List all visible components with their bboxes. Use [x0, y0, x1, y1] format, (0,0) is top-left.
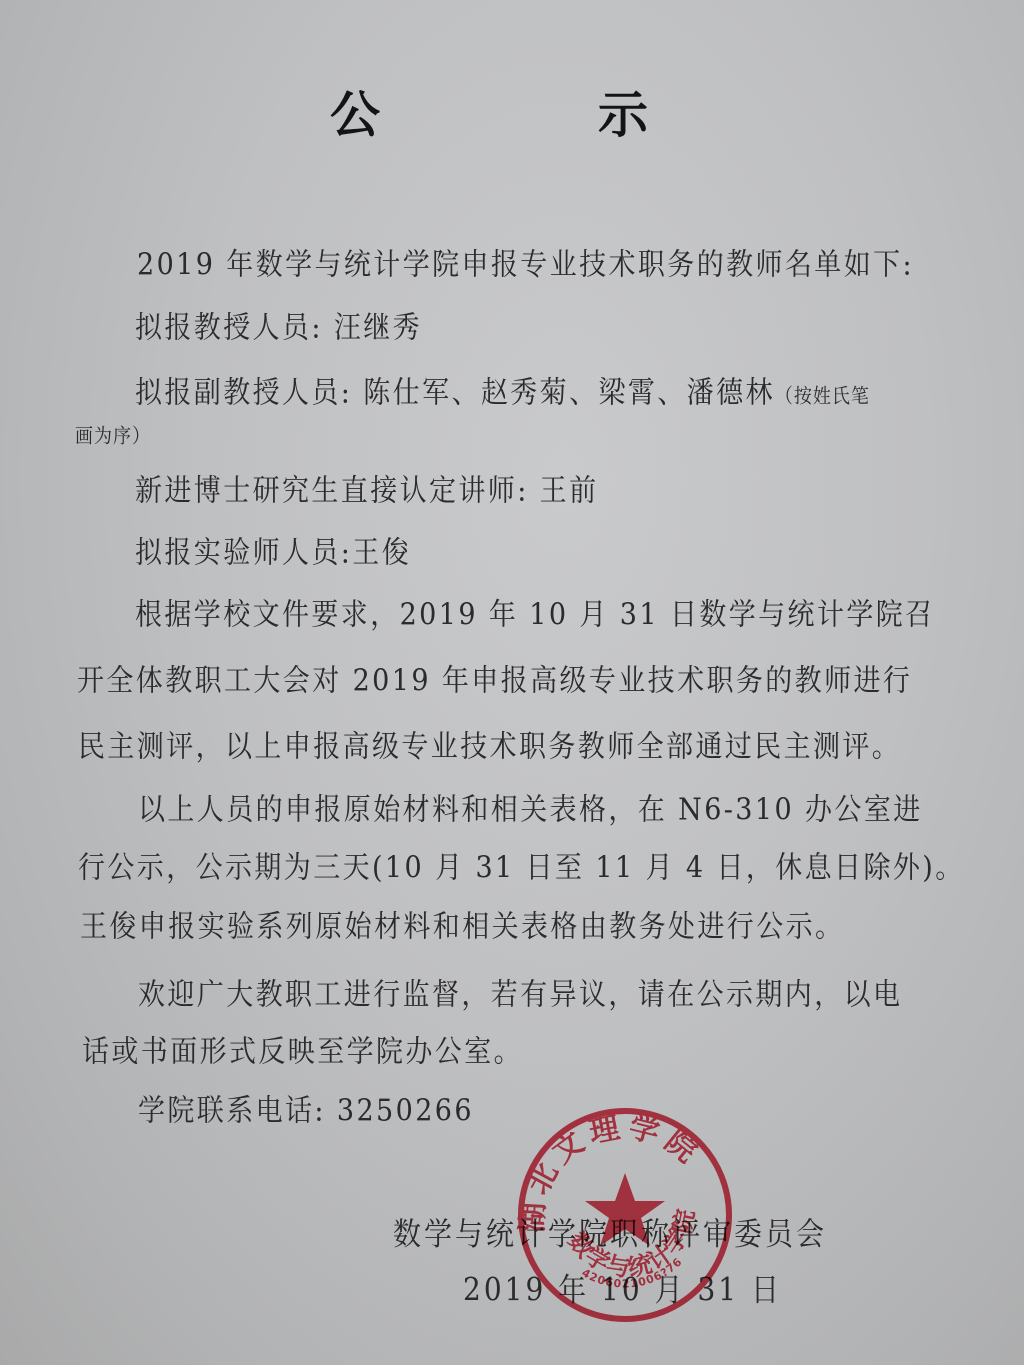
notice-document: 公 示 2019 年数学与统计学院申报专业技术职务的教师名单如下: 拟报教授人员… [0, 0, 1024, 1365]
title-char-2: 示 [598, 75, 648, 147]
ordering-note-continued: 画为序） [75, 420, 151, 449]
paragraph-publicity-line-1: 以上人员的申报原始材料和相关表格，在 N6-310 办公室进 [138, 785, 923, 829]
paragraph-evaluation-line-1: 根据学校文件要求，2019 年 10 月 31 日数学与统计学院召 [135, 590, 935, 634]
associate-professor-candidates: 拟报副教授人员: 陈仕军、赵秀菊、梁霄、潘德林（按姓氏笔 [135, 368, 870, 412]
professor-candidates: 拟报教授人员: 汪继秀 [135, 303, 422, 347]
official-seal-icon: 湖北文理学院 数学与统计学院 4206021006?76 [515, 1105, 735, 1325]
document-title: 公 示 [0, 75, 1024, 145]
contact-phone: 学院联系电话: 3250266 [138, 1086, 474, 1130]
paragraph-evaluation-line-3: 民主测评，以上申报高级专业技术职务教师全部通过民主测评。 [78, 722, 901, 766]
paragraph-publicity-line-2: 行公示，公示期为三天(10 月 31 日至 11 月 4 日，休息日除外)。 [78, 843, 965, 887]
lecturer-candidate: 新进博士研究生直接认定讲师: 王前 [135, 466, 598, 510]
paragraph-supervision-line-2: 话或书面形式反映至学院办公室。 [82, 1027, 523, 1071]
associate-professor-names: 拟报副教授人员: 陈仕军、赵秀菊、梁霄、潘德林 [135, 376, 775, 411]
ordering-note: （按姓氏笔 [775, 385, 870, 409]
intro-line: 2019 年数学与统计学院申报专业技术职务的教师名单如下: [137, 240, 914, 284]
paragraph-evaluation-line-2: 开全体教职工大会对 2019 年申报高级专业技术职务的教师进行 [77, 656, 912, 700]
title-char-1: 公 [330, 75, 380, 147]
paragraph-publicity-line-3: 王俊申报实验系列原始材料和相关表格由教务处进行公示。 [80, 902, 844, 946]
lab-technician-candidate: 拟报实验师人员:王俊 [135, 528, 411, 572]
paragraph-supervision-line-1: 欢迎广大教职工进行监督，若有异议，请在公示期内，以电 [138, 970, 902, 1014]
